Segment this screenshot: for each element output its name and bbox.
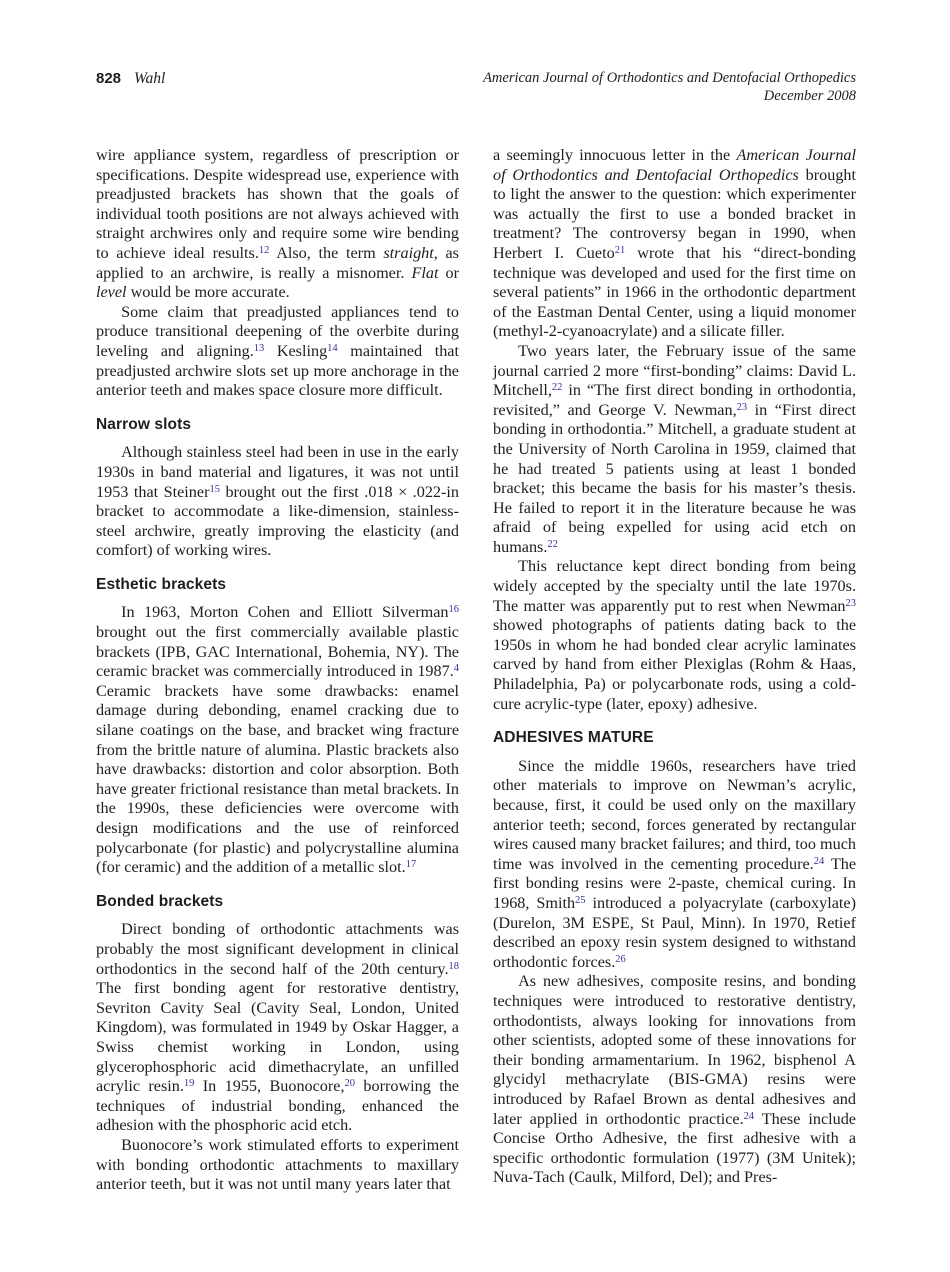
reference-superscript[interactable]: 13: [254, 343, 265, 354]
left-column: wire appliance system, regardless of pre…: [96, 146, 459, 1195]
reference-superscript[interactable]: 22: [552, 382, 563, 393]
reference-superscript[interactable]: 24: [814, 856, 825, 867]
reference-superscript[interactable]: 17: [406, 859, 417, 870]
running-header-right: American Journal of Orthodontics and Den…: [483, 70, 856, 105]
reference-superscript[interactable]: 24: [744, 1111, 755, 1122]
paragraph: Since the middle 1960s, researchers have…: [493, 757, 856, 973]
section-heading: ADHESIVES MATURE: [493, 728, 856, 748]
text-run: showed photographs of patients dating ba…: [493, 616, 856, 712]
reference-superscript[interactable]: 20: [345, 1078, 356, 1089]
text-run: As new adhesives, composite resins, and …: [493, 972, 856, 1127]
page-number: 828: [96, 70, 121, 87]
article-body: wire appliance system, regardless of pre…: [96, 146, 856, 1195]
reference-superscript[interactable]: 15: [209, 484, 220, 495]
text-run: or: [438, 264, 459, 282]
paragraph: As new adhesives, composite resins, and …: [493, 972, 856, 1188]
reference-superscript[interactable]: 26: [615, 954, 626, 965]
right-column: a seemingly innocuous letter in the Amer…: [493, 146, 856, 1195]
reference-superscript[interactable]: 22: [547, 539, 558, 550]
journal-title: American Journal of Orthodontics and Den…: [483, 70, 856, 88]
reference-superscript[interactable]: 16: [449, 604, 460, 615]
text-run: In 1955, Buonocore,: [194, 1077, 344, 1095]
text-run: a seemingly innocuous letter in the: [493, 146, 736, 164]
text-run: Since the middle 1960s, researchers have…: [493, 757, 856, 873]
italic-text: straight: [383, 244, 433, 262]
paragraph: Although stainless steel had been in use…: [96, 443, 459, 561]
text-run: would be more accurate.: [127, 283, 290, 301]
reference-superscript[interactable]: 14: [327, 343, 338, 354]
reference-superscript[interactable]: 18: [449, 961, 460, 972]
paragraph: This reluctance kept direct bonding from…: [493, 557, 856, 714]
paragraph: Direct bonding of orthodontic attachment…: [96, 920, 459, 1136]
section-heading: Bonded brackets: [96, 892, 459, 912]
reference-superscript[interactable]: 19: [184, 1078, 195, 1089]
paragraph: In 1963, Morton Cohen and Elliott Silver…: [96, 603, 459, 877]
paragraph: a seemingly innocuous letter in the Amer…: [493, 146, 856, 342]
journal-page: 828 Wahl American Journal of Orthodontic…: [0, 0, 950, 1272]
paragraph: Two years later, the February issue of t…: [493, 342, 856, 558]
reference-superscript[interactable]: 12: [259, 245, 270, 256]
reference-superscript[interactable]: 21: [615, 245, 626, 256]
reference-superscript[interactable]: 4: [454, 663, 459, 674]
text-run: Buonocore’s work stimulated efforts to e…: [96, 1136, 459, 1193]
italic-text: Flat: [411, 264, 438, 282]
reference-superscript[interactable]: 23: [846, 598, 857, 609]
section-heading: Esthetic brackets: [96, 575, 459, 595]
text-run: This reluctance kept direct bonding from…: [493, 557, 856, 614]
paragraph: wire appliance system, regardless of pre…: [96, 146, 459, 303]
reference-superscript[interactable]: 25: [575, 895, 586, 906]
running-author: Wahl: [134, 70, 165, 88]
section-heading: Narrow slots: [96, 415, 459, 435]
text-run: Also, the term: [269, 244, 383, 262]
text-run: In 1963, Morton Cohen and Elliott Silver…: [121, 603, 448, 621]
text-run: in “First direct bonding in orthodontia.…: [493, 401, 856, 556]
italic-text: level: [96, 283, 127, 301]
reference-superscript[interactable]: 23: [737, 402, 748, 413]
running-header-left: 828 Wahl: [96, 70, 165, 88]
text-run: Kesling: [264, 342, 327, 360]
text-run: Direct bonding of orthodontic attachment…: [96, 920, 459, 977]
paragraph: Buonocore’s work stimulated efforts to e…: [96, 1136, 459, 1195]
issue-date: December 2008: [483, 88, 856, 106]
text-run: Ceramic brackets have some drawbacks: en…: [96, 682, 459, 876]
running-header: 828 Wahl American Journal of Orthodontic…: [96, 70, 856, 105]
paragraph: Some claim that preadjusted appliances t…: [96, 303, 459, 401]
text-run: brought out the first commercially avail…: [96, 623, 459, 680]
